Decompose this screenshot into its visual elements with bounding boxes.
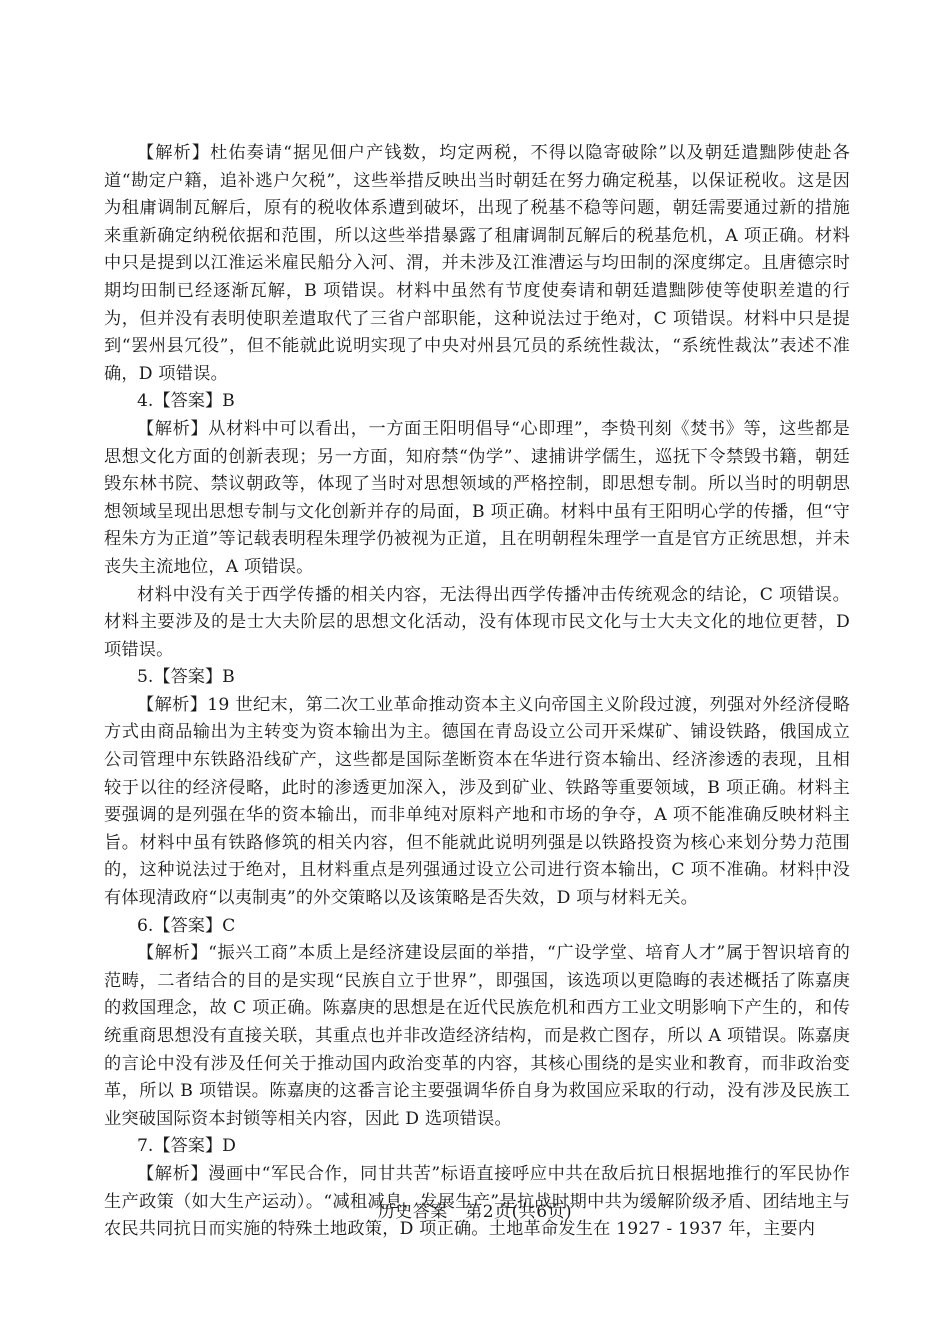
question-number: 5. (137, 667, 153, 687)
question-number: 4. (137, 391, 153, 411)
analysis-q6: 【解析】“振兴工商”本质上是经济建设层面的举措，“广设学堂、培育人才”属于智识培… (104, 940, 850, 1133)
answer-q7: 7.【答案】D (104, 1133, 850, 1161)
analysis-q5: 【解析】19 世纪末，第二次工业革命推动资本主义向帝国主义阶段过渡，列强对外经济… (104, 692, 850, 913)
question-number: 6. (137, 916, 153, 936)
scan-artifact-mark (817, 873, 818, 880)
answer-q5: 5.【答案】B (104, 664, 850, 692)
document-body: 【解析】杜佑奏请“据见佃户产钱数，均定两税，不得以隐寄破除”以及朝廷遣黜陟使赴各… (104, 140, 850, 1244)
question-number: 7. (137, 1136, 153, 1156)
answer-q4: 4.【答案】B (104, 388, 850, 416)
answer-label: 【答案】B (153, 667, 234, 687)
answer-label: 【答案】D (153, 1136, 236, 1156)
answer-label: 【答案】C (153, 916, 235, 936)
answer-q6: 6.【答案】C (104, 913, 850, 941)
analysis-q4-part1: 【解析】从材料中可以看出，一方面王阳明倡导“心即理”，李贽刊刻《焚书》等，这些都… (104, 416, 850, 582)
page-footer: 历史答案 第2页(共6页) (0, 1199, 950, 1225)
analysis-q3: 【解析】杜佑奏请“据见佃户产钱数，均定两税，不得以隐寄破除”以及朝廷遣黜陟使赴各… (104, 140, 850, 388)
answer-label: 【答案】B (153, 391, 234, 411)
analysis-q4-part2: 材料中没有关于西学传播的相关内容，无法得出西学传播冲击传统观念的结论，C 项错误… (104, 582, 850, 665)
